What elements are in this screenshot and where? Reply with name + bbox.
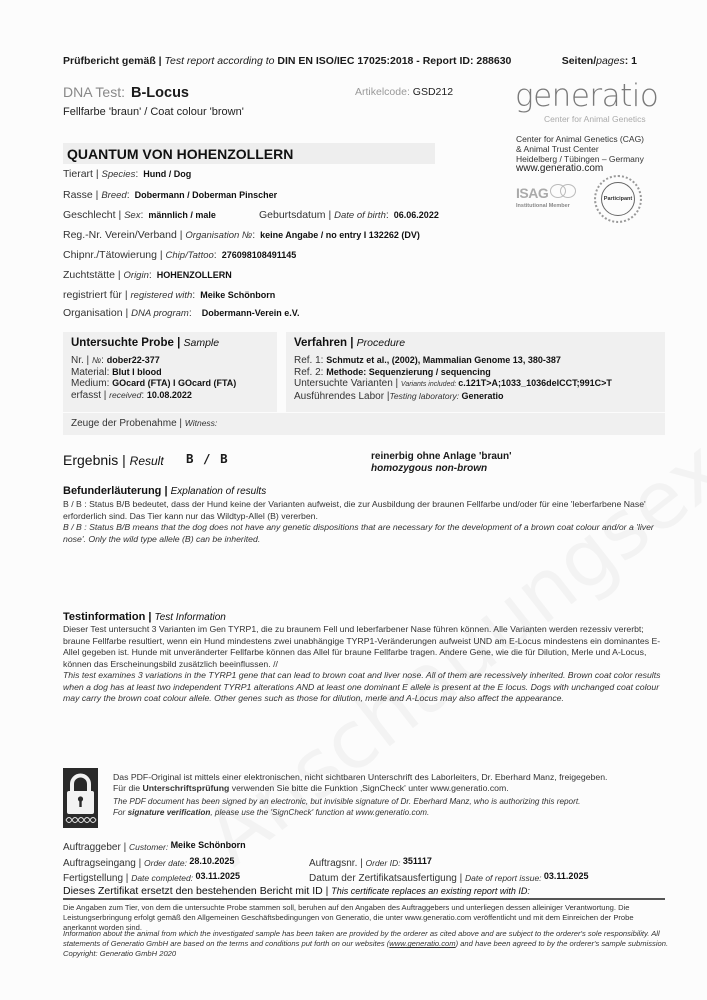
field-species: Tierart | Species:Hund / Dog — [63, 168, 191, 180]
field-value: Generatio — [461, 391, 503, 401]
isag-text: ISAG — [516, 185, 548, 201]
disclaimer-en: Information about the animal from which … — [63, 929, 669, 960]
test-label: DNA Test: — [63, 84, 125, 100]
article-code-value: GSD212 — [413, 86, 453, 98]
procedure-title: Verfahren | Procedure — [294, 337, 405, 349]
explanation-text-de: B / B : Status B/B bedeutet, dass der Hu… — [63, 499, 673, 522]
logo-subtitle: Center for Animal Genetics — [544, 114, 646, 124]
signature-text: verwenden Sie bitte die Funktion ‚SignCh… — [229, 783, 508, 793]
order-id: Auftragsnr. | Order ID: 351117 — [309, 856, 432, 869]
field-label-en: Testing laboratory: — [389, 391, 461, 401]
field-value: Hund / Dog — [143, 169, 191, 179]
witness-label: Zeuge der Probenahme | Witness: — [71, 418, 217, 430]
sample-received: erfasst | received: 10.08.2022 — [71, 390, 236, 402]
field-label: Auftragseingang | — [63, 858, 144, 869]
field-label: Organisation | — [63, 307, 131, 319]
isag-member-badge: ISAG Institutional Member — [514, 182, 576, 214]
test-name: B-Locus — [131, 85, 189, 101]
divider — [63, 898, 665, 900]
field-label: Fertigstellung | — [63, 873, 131, 884]
field-origin: Zuchtstätte | Origin:HOHENZOLLERN — [63, 269, 232, 281]
signature-line: For signature verification, please use t… — [113, 807, 673, 818]
field-value: Meike Schönborn — [200, 290, 275, 300]
seal-text: Participant — [601, 182, 635, 216]
animal-name: QUANTUM VON HOHENZOLLERN — [67, 146, 293, 162]
procedure-title-en: Procedure — [357, 337, 405, 349]
order-completed: Fertigstellung | Date completed: 03.11.2… — [63, 871, 240, 884]
field-value: 03.11.2025 — [544, 871, 589, 881]
witness-section: Zeuge der Probenahme | Witness: — [63, 413, 665, 435]
signature-line: The PDF document has been signed by an e… — [113, 796, 673, 807]
field-value: 10.08.2022 — [147, 390, 192, 400]
field-label: Geschlecht | — [63, 209, 124, 221]
procedure-section: Verfahren | Procedure Ref. 1: Schmutz et… — [286, 332, 665, 412]
explanation-title: Befunderläuterung | Explanation of resul… — [63, 485, 266, 497]
field-value: männlich / male — [148, 210, 216, 220]
field-value: HOHENZOLLERN — [157, 270, 232, 280]
procedure-lab: Ausführendes Labor |Testing laboratory: … — [294, 391, 612, 403]
field-value: 276098108491145 — [222, 250, 297, 260]
explanation-title-en: Explanation of results — [171, 486, 267, 497]
field-label: registriert für | — [63, 289, 131, 301]
field-label: Datum der Zertifikatsausfertigung | — [309, 873, 465, 884]
result-label-en: Result — [130, 454, 164, 468]
witness-label-en: Witness: — [185, 418, 218, 428]
signature-text: Für die — [113, 783, 142, 793]
replaces-report-note: Dieses Zertifikat ersetzt den bestehende… — [63, 885, 530, 897]
field-value: 351117 — [403, 856, 432, 866]
procedure-ref1: Ref. 1: Schmutz et al., (2002), Mammalia… — [294, 355, 612, 367]
field-label: Material: — [71, 367, 112, 378]
field-organisation: Organisation | DNA program:Dobermann-Ver… — [63, 307, 299, 319]
procedure-ref2: Ref. 2: Methode: Sequenzierung / sequenc… — [294, 367, 612, 379]
field-value: 06.06.2022 — [394, 210, 439, 220]
field-label-en: Origin — [124, 270, 149, 281]
field-value: Methode: Sequenzierung / sequencing — [326, 367, 491, 377]
website-link[interactable]: www.generatio.com — [389, 939, 455, 948]
field-label: Ausführendes Labor | — [294, 391, 389, 402]
order-date: Auftragseingang | Order date: 28.10.2025 — [63, 856, 234, 869]
sample-section: Untersuchte Probe | Sample Nr. | №: dobe… — [63, 332, 277, 412]
report-issue-date: Datum der Zertifikatsausfertigung | Date… — [309, 871, 588, 884]
test-information-title-en: Test Information — [155, 612, 226, 623]
animal-name-bar: QUANTUM VON HOHENZOLLERN — [63, 143, 435, 164]
field-label-en: Breed — [101, 190, 126, 201]
sample-number: Nr. | №: dober22-377 — [71, 355, 236, 367]
field-value: Blut I blood — [112, 367, 162, 377]
field-label-en: № — [92, 355, 101, 365]
sample-title: Untersuchte Probe | Sample — [71, 337, 219, 349]
field-chip: Chipnr./Tätowierung | Chip/Tattoo:276098… — [63, 249, 296, 261]
field-label: Untersuchte Varianten | — [294, 378, 398, 389]
sample-material: Material: Blut I blood — [71, 367, 236, 379]
field-label: erfasst | — [71, 390, 109, 401]
field-label-en: Species — [102, 169, 136, 180]
field-label-en: Chip/Tattoo — [166, 250, 214, 261]
witness-label-de: Zeuge der Probenahme | — [71, 418, 185, 429]
signature-text-bold: Unterschriftsprüfung — [142, 783, 229, 793]
field-date-of-birth: Geburtsdatum | Date of birth:06.06.2022 — [259, 209, 439, 221]
field-value: 03.11.2025 — [195, 871, 240, 881]
field-sex: Geschlecht | Sex:männlich / male — [63, 209, 216, 221]
field-value: GOcard (FTA) I GOcard (FTA) — [112, 378, 236, 388]
signature-text-bold: signature verification — [128, 808, 211, 817]
field-value: Meike Schönborn — [171, 840, 246, 850]
field-label: Tierart | — [63, 168, 102, 180]
sample-medium: Medium: GOcard (FTA) I GOcard (FTA) — [71, 378, 236, 390]
field-registration-number: Reg.-Nr. Verein/Verband | Organisation №… — [63, 229, 420, 241]
pages-label-en: pages — [596, 55, 625, 67]
field-label: Zuchtstätte | — [63, 269, 124, 281]
test-information-text-en: This test examines 3 variations in the T… — [63, 670, 673, 705]
field-breed: Rasse | Breed:Dobermann / Doberman Pinsc… — [63, 189, 277, 201]
test-information-text-de: Dieser Test untersucht 3 Varianten im Ge… — [63, 624, 673, 670]
result-label: Ergebnis | Result — [63, 452, 164, 468]
lab-address: Center for Animal Genetics (CAG) & Anima… — [516, 134, 644, 164]
signature-text: , please use the 'SignCheck' function at… — [210, 808, 429, 817]
test-information-title: Testinformation | Test Information — [63, 611, 226, 623]
field-label-en: Sex — [124, 210, 140, 221]
field-label-en: Date of birth — [334, 210, 386, 221]
field-value: keine Angabe / no entry I 132262 (DV) — [260, 230, 420, 240]
field-label-en: Variants included: — [401, 381, 458, 388]
field-label-en: registered with — [131, 290, 193, 301]
result-label-de: Ergebnis | — [63, 452, 130, 468]
generatio-logo: generatio — [515, 78, 658, 114]
field-label-en: Organisation № — [185, 230, 252, 241]
test-title: DNA Test:B-Locus — [63, 84, 189, 101]
field-label: Geburtsdatum | — [259, 209, 334, 221]
field-label-en: received — [109, 390, 141, 400]
field-label: Rasse | — [63, 189, 101, 201]
field-label-en: Date completed: — [131, 873, 195, 883]
report-header: Prüfbericht gemäß | Test report accordin… — [63, 55, 511, 67]
sample-title-de: Untersuchte Probe | — [71, 337, 184, 349]
field-label: Ref. 1: — [294, 355, 326, 366]
field-label: Reg.-Nr. Verein/Verband | — [63, 229, 185, 241]
participant-seal-icon: Participant — [594, 175, 642, 223]
header-standard: DIN EN ISO/IEC 17025:2018 - Report ID: 2… — [274, 55, 511, 67]
explanation-text-en: B / B : Status B/B means that the dog do… — [63, 522, 673, 545]
field-label-en: Order ID: — [366, 858, 403, 868]
replaces-label-en: This certificate replaces an existing re… — [331, 886, 530, 896]
order-customer: Auftraggeber | Customer: Meike Schönborn — [63, 840, 246, 853]
signature-line: Das PDF-Original ist mittels einer elekt… — [113, 772, 673, 783]
explanation-title-de: Befunderläuterung | — [63, 485, 171, 497]
address-line: Center for Animal Genetics (CAG) — [516, 134, 644, 144]
test-information-title-de: Testinformation | — [63, 611, 155, 623]
field-label: Nr. | — [71, 355, 92, 366]
header-prefix: Prüfbericht gemäß | — [63, 55, 165, 67]
signature-text: For — [113, 808, 128, 817]
field-label-en: Customer: — [129, 842, 171, 852]
result-interpretation-de: reinerbig ohne Anlage 'braun' — [371, 451, 512, 462]
result-genotype: B / B — [186, 451, 229, 466]
pages-label: Seiten/ — [562, 55, 596, 67]
sample-title-en: Sample — [184, 337, 220, 349]
result-interpretation-en: homozygous non-brown — [371, 463, 487, 474]
article-code-label: Artikelcode: — [355, 86, 413, 98]
signature-note-en: The PDF document has been signed by an e… — [113, 796, 673, 818]
procedure-title-de: Verfahren | — [294, 337, 357, 349]
replaces-label-de: Dieses Zertifikat ersetzt den bestehende… — [63, 885, 331, 897]
field-value: Schmutz et al., (2002), Mammalian Genome… — [326, 355, 561, 365]
field-value: Dobermann / Doberman Pinscher — [135, 190, 278, 200]
field-label-en: Date of report issue: — [465, 873, 544, 883]
field-label: Auftraggeber | — [63, 842, 129, 853]
field-label: Ref. 2: — [294, 367, 326, 378]
isag-subtitle: Institutional Member — [516, 203, 570, 209]
article-code: Artikelcode: GSD212 — [355, 86, 453, 98]
field-registered-with: registriert für | registered with:Meike … — [63, 289, 275, 301]
pages-value: : 1 — [625, 55, 637, 67]
field-label: Chipnr./Tätowierung | — [63, 249, 166, 261]
field-label: Auftragsnr. | — [309, 858, 366, 869]
header-prefix-en: Test report according to — [165, 55, 275, 67]
signature-note-de: Das PDF-Original ist mittels einer elekt… — [113, 772, 673, 794]
field-value: dober22-377 — [107, 355, 160, 365]
isag-swirl-icon — [560, 184, 576, 198]
field-label: Medium: — [71, 378, 112, 389]
address-line: & Animal Trust Center — [516, 144, 644, 154]
field-label-en: DNA program — [131, 308, 189, 319]
signature-lock-icon — [63, 768, 98, 828]
test-subtitle: Fellfarbe 'braun' / Coat colour 'brown' — [63, 106, 244, 118]
field-label-en: Order date: — [144, 858, 189, 868]
field-value: c.121T>A;1033_1036delCCT;991C>T — [458, 378, 612, 388]
signature-line: Für die Unterschriftsprüfung verwenden S… — [113, 783, 673, 794]
page-count: Seiten/pages: 1 — [562, 55, 637, 67]
procedure-variants: Untersuchte Varianten | Variants include… — [294, 378, 612, 391]
lab-website-link[interactable]: www.generatio.com — [516, 163, 603, 174]
field-value: 28.10.2025 — [189, 856, 234, 866]
field-value: Dobermann-Verein e.V. — [202, 308, 300, 318]
